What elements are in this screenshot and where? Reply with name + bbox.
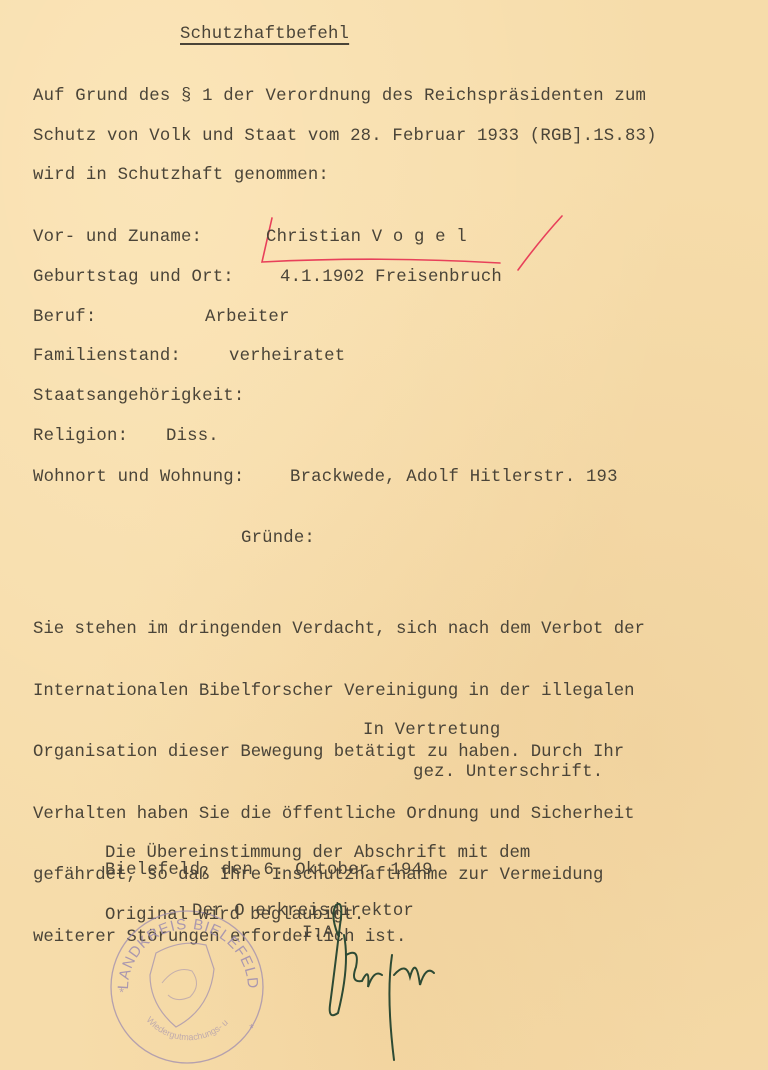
svg-text:Wiedergutmachungs- u: Wiedergutmachungs- u [144, 1015, 229, 1043]
field-label-citizenship: Staatsangehörigkeit: [33, 388, 244, 405]
document-title: Schutzhaftbefehl [180, 26, 349, 43]
svg-text:LANDKREIS BIELEFELD: LANDKREIS BIELEFELD [115, 916, 261, 990]
signed-note: gez. Unterschrift. [413, 764, 603, 781]
field-label-marital: Familienstand: [33, 348, 181, 365]
field-value-religion: Diss. [166, 428, 219, 445]
svg-text:*: * [248, 1023, 255, 1037]
reasons-line: Organisation dieser Bewegung betätigt zu… [33, 743, 645, 764]
field-label-address: Wohnort und Wohnung: [33, 469, 244, 486]
field-value-name: Christian V o g e l [266, 229, 467, 246]
official-stamp: LANDKREIS BIELEFELD Wiedergutmachungs- u… [106, 905, 268, 1065]
in-vertretung: In Vertretung [363, 722, 500, 739]
place-date: Bielefeld, den 6. Oktober 1949 [105, 862, 433, 879]
reasons-line: Sie stehen im dringenden Verdacht, sich … [33, 620, 645, 641]
preamble-line-1: Auf Grund des § 1 der Verordnung des Rei… [33, 88, 646, 105]
field-label-name: Vor- und Zuname: [33, 229, 202, 246]
reasons-heading: Gründe: [241, 530, 315, 547]
field-label-occupation: Beruf: [33, 309, 96, 326]
svg-text:*: * [118, 987, 125, 1001]
field-value-birth: 4.1.1902 Freisenbruch [280, 269, 502, 286]
field-value-marital: verheiratet [229, 348, 345, 365]
preamble-line-2: Schutz von Volk und Staat vom 28. Februa… [33, 128, 657, 145]
handwritten-signature [310, 895, 470, 1070]
field-value-occupation: Arbeiter [205, 309, 290, 326]
field-label-religion: Religion: [33, 428, 128, 445]
preamble-line-3: wird in Schutzhaft genommen: [33, 167, 329, 184]
field-value-address: Brackwede, Adolf Hitlerstr. 193 [290, 469, 618, 486]
field-label-birth: Geburtstag und Ort: [33, 269, 234, 286]
reasons-line: Internationalen Bibelforscher Vereinigun… [33, 682, 645, 703]
